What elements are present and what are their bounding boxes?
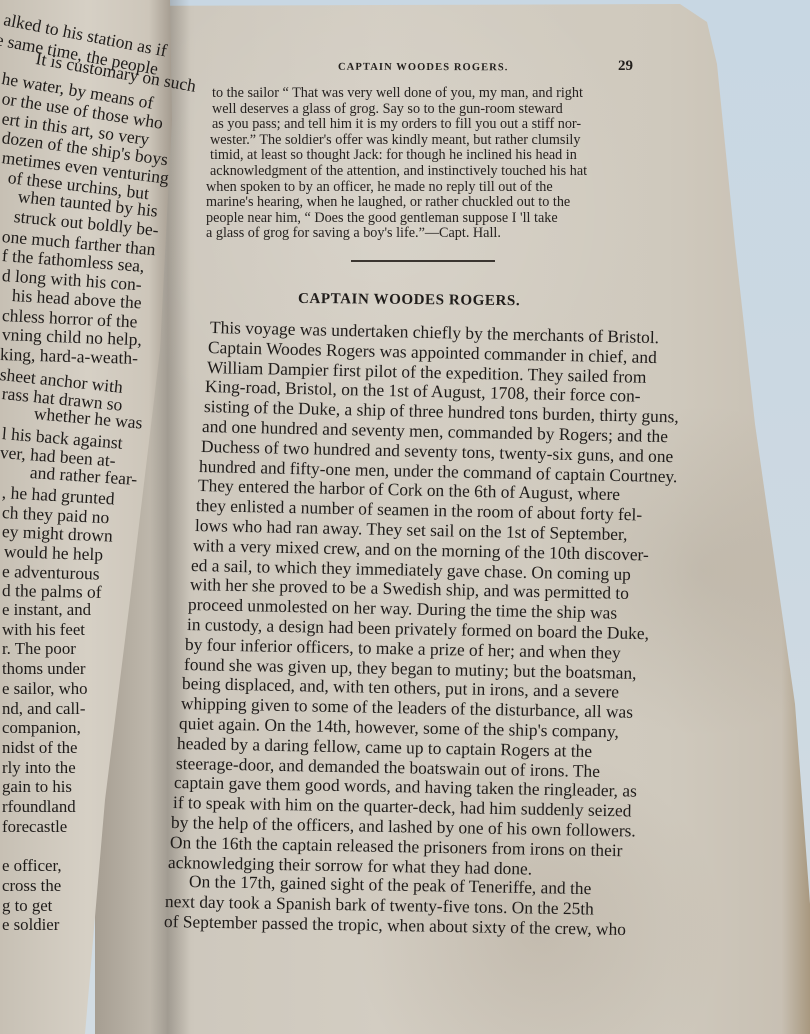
quote-line: acknowledgment of the attention, and ins… [210, 164, 642, 180]
body-text: This voyage was undertaken chiefly by th… [152, 318, 679, 932]
running-head: CAPTAIN WOODES ROGERS. [338, 62, 509, 74]
quote-line: a glass of grog for saving a boy's life.… [206, 226, 642, 242]
section-title: CAPTAIN WOODES ROGERS. [298, 291, 520, 310]
quote-line: timid, at least so thought Jack: for tho… [210, 148, 642, 164]
quote-line: well deserves a glass of grog. Say so to… [212, 102, 642, 118]
quote-line: wester.” The soldier's offer was kindly … [210, 133, 642, 149]
quote-line: when spoken to by an officer, he made no… [206, 180, 642, 196]
left-page-line: forecastle [2, 816, 67, 838]
page-number: 29 [618, 58, 633, 75]
left-page-line: e soldier [2, 914, 59, 936]
quote-line: marine's hearing, when he laughed, or ra… [206, 195, 642, 211]
quote-line: people near him, “ Does the good gentlem… [206, 211, 642, 227]
quote-line: to the sailor “ That was very well done … [212, 86, 642, 102]
quote-line: as you pass; and tell him it is my order… [212, 117, 642, 133]
section-divider [351, 260, 495, 262]
quote-paragraph: to the sailor “ That was very well done … [212, 86, 642, 242]
